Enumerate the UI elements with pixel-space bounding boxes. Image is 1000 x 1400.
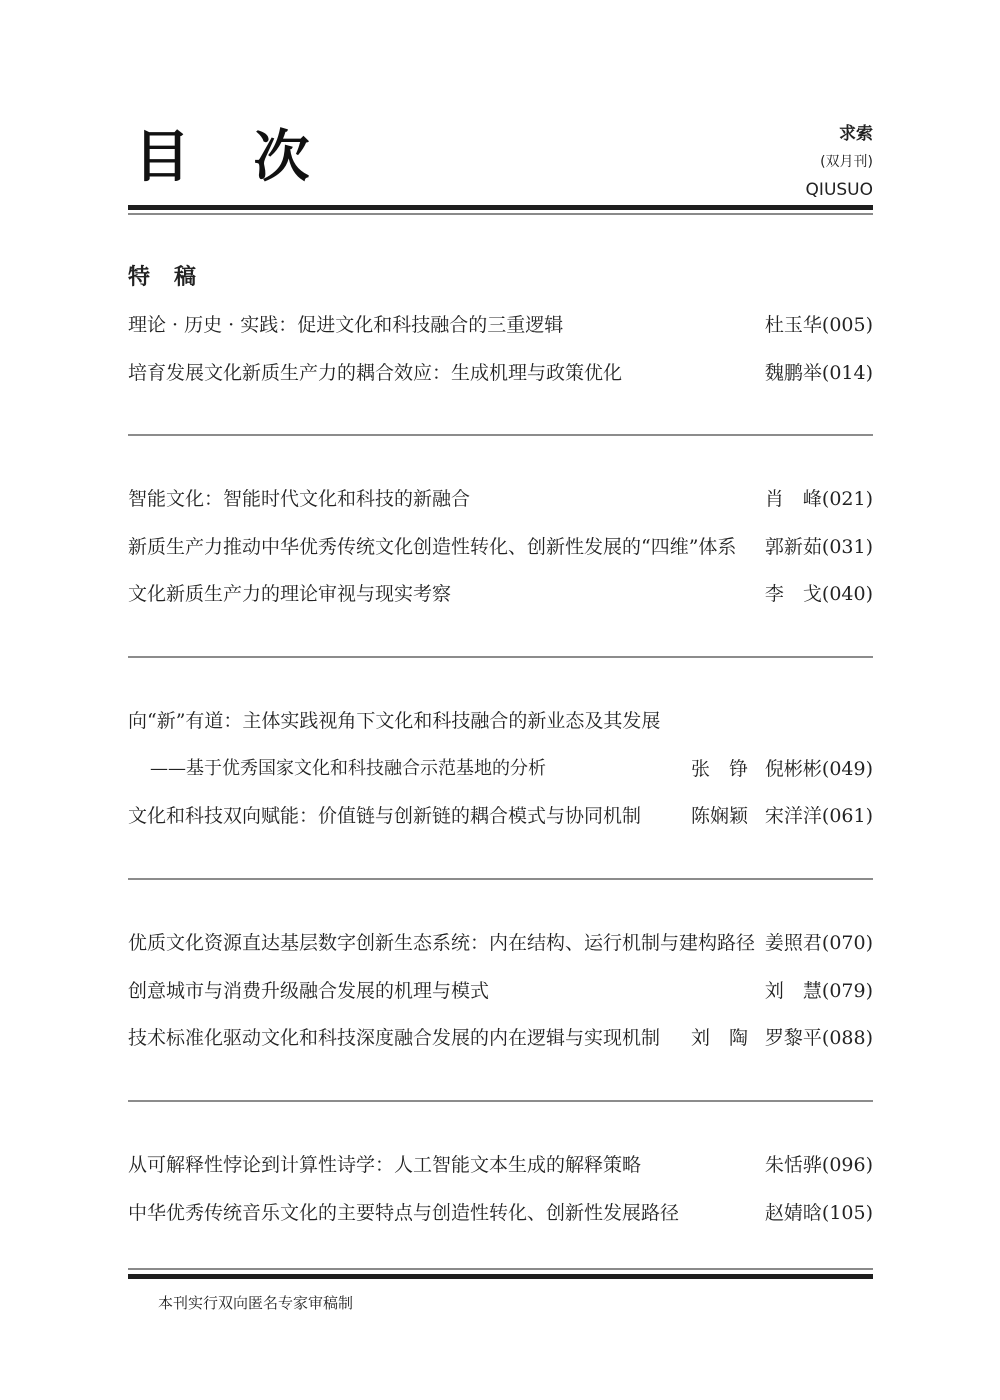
toc-page: 目 次 求索 (双月刊) QIUSUO 特稿 理论 · 历史 · 实践：促进文化… — [128, 0, 873, 1400]
review-policy-note: 本刊实行双向匿名专家审稿制 — [158, 1290, 353, 1316]
entry-author-page: 赵婧晗(105) — [765, 1198, 873, 1228]
entry-subtitle: ——基于优秀国家文化和科技融合示范基地的分析 — [150, 754, 546, 784]
entry-title: 向“新”有道：主体实践视角下文化和科技融合的新业态及其发展 — [128, 706, 660, 736]
toc-entry[interactable]: 从可解释性悖论到计算性诗学：人工智能文本生成的解释策略 朱恬骅(096) — [128, 1150, 873, 1180]
footer-rule-thick — [128, 1274, 873, 1279]
group-divider — [128, 434, 873, 436]
toc-entry[interactable]: 文化和科技双向赋能：价值链与创新链的耦合模式与协同机制 陈娴颖 宋洋洋(061) — [128, 801, 873, 831]
entry-title: 新质生产力推动中华优秀传统文化创造性转化、创新性发展的“四维”体系 — [128, 532, 736, 562]
toc-entry[interactable]: 优质文化资源直达基层数字创新生态系统：内在结构、运行机制与建构路径 姜照君(07… — [128, 928, 873, 958]
journal-info: 求索 (双月刊) QIUSUO — [806, 120, 873, 204]
entry-author-page: 倪彬彬(049) — [765, 754, 873, 784]
entry-author-page: 罗黎平(088) — [765, 1023, 873, 1053]
entry-co-author: 张 铮 — [691, 754, 748, 784]
entry-title: 创意城市与消费升级融合发展的机理与模式 — [128, 976, 489, 1006]
entry-author-page: 朱恬骅(096) — [765, 1150, 873, 1180]
toc-entry[interactable]: 新质生产力推动中华优秀传统文化创造性转化、创新性发展的“四维”体系 郭新茹(03… — [128, 532, 873, 562]
entry-title: 优质文化资源直达基层数字创新生态系统：内在结构、运行机制与建构路径 — [128, 928, 755, 958]
entry-co-author: 刘 陶 — [691, 1023, 748, 1053]
group-divider — [128, 656, 873, 658]
entry-title: 培育发展文化新质生产力的耦合效应：生成机理与政策优化 — [128, 358, 622, 388]
page-title: 目 次 — [134, 126, 332, 190]
header-rule-thick — [128, 205, 873, 210]
journal-pinyin: QIUSUO — [806, 176, 873, 204]
toc-entry[interactable]: 创意城市与消费升级融合发展的机理与模式 刘 慧(079) — [128, 976, 873, 1006]
group-divider — [128, 878, 873, 880]
entry-author-page: 宋洋洋(061) — [765, 801, 873, 831]
entry-author-page: 姜照君(070) — [765, 928, 873, 958]
journal-frequency: (双月刊) — [806, 148, 873, 176]
entry-title: 智能文化：智能时代文化和科技的新融合 — [128, 484, 470, 514]
entry-title: 中华优秀传统音乐文化的主要特点与创造性转化、创新性发展路径 — [128, 1198, 679, 1228]
entry-title: 文化和科技双向赋能：价值链与创新链的耦合模式与协同机制 — [128, 801, 641, 831]
entry-author-page: 李 戈(040) — [765, 579, 873, 609]
entry-title: 从可解释性悖论到计算性诗学：人工智能文本生成的解释策略 — [128, 1150, 641, 1180]
toc-header: 目 次 求索 (双月刊) QIUSUO — [128, 120, 873, 200]
entry-author-page: 肖 峰(021) — [765, 484, 873, 514]
header-rule-thin — [128, 213, 873, 215]
toc-entry-subtitle[interactable]: ——基于优秀国家文化和科技融合示范基地的分析 张 铮 倪彬彬(049) — [128, 754, 873, 784]
entry-author-page: 刘 慧(079) — [765, 976, 873, 1006]
entry-title: 理论 · 历史 · 实践：促进文化和科技融合的三重逻辑 — [128, 310, 563, 340]
toc-entry[interactable]: 技术标准化驱动文化和科技深度融合发展的内在逻辑与实现机制 刘 陶 罗黎平(088… — [128, 1023, 873, 1053]
toc-entry[interactable]: 文化新质生产力的理论审视与现实考察 李 戈(040) — [128, 579, 873, 609]
toc-entry[interactable]: 培育发展文化新质生产力的耦合效应：生成机理与政策优化 魏鹏举(014) — [128, 358, 873, 388]
entry-co-author: 陈娴颖 — [691, 801, 748, 831]
journal-name: 求索 — [806, 120, 873, 148]
toc-entry[interactable]: 中华优秀传统音乐文化的主要特点与创造性转化、创新性发展路径 赵婧晗(105) — [128, 1198, 873, 1228]
group-divider — [128, 1100, 873, 1102]
entry-title: 技术标准化驱动文化和科技深度融合发展的内在逻辑与实现机制 — [128, 1023, 660, 1053]
toc-entry[interactable]: 理论 · 历史 · 实践：促进文化和科技融合的三重逻辑 杜玉华(005) — [128, 310, 873, 340]
entry-title: 文化新质生产力的理论审视与现实考察 — [128, 579, 451, 609]
section-label: 特稿 — [128, 260, 220, 291]
toc-entry[interactable]: 智能文化：智能时代文化和科技的新融合 肖 峰(021) — [128, 484, 873, 514]
entry-author-page: 杜玉华(005) — [765, 310, 873, 340]
toc-entry[interactable]: 向“新”有道：主体实践视角下文化和科技融合的新业态及其发展 — [128, 706, 873, 736]
entry-author-page: 魏鹏举(014) — [765, 358, 873, 388]
footer-rule-thin — [128, 1268, 873, 1270]
entry-author-page: 郭新茹(031) — [765, 532, 873, 562]
